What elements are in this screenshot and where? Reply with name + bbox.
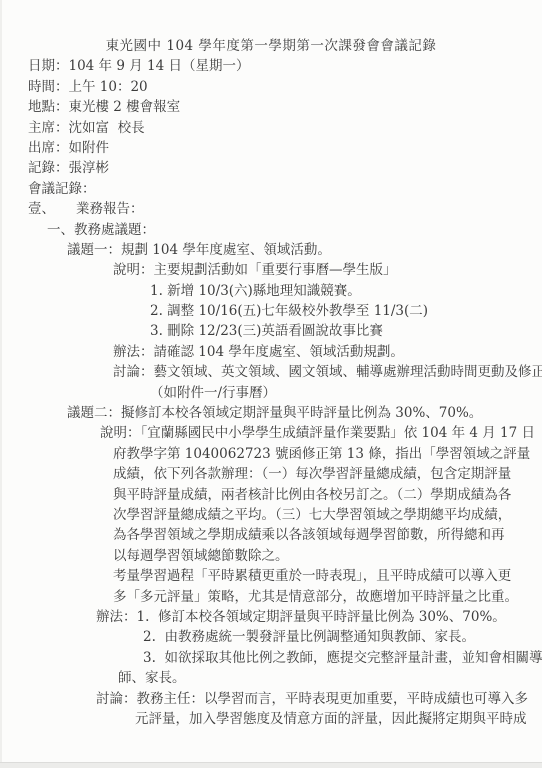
meta-chair: 主席：沈如富 校長: [0, 118, 542, 138]
section-1-heading: 壹、業務報告：: [0, 199, 542, 219]
topic-2-explain-line-9: 多「多元評量」策略，尤其是情意部分，故應增加平時評量之比重。: [0, 587, 542, 607]
topic-2-explain-line-5: 次學習評量總成績之平均。（三）七大學習領域之學期總平均成績，: [0, 505, 542, 525]
topic-2-discussion-line-2: 元評量，加入學習態度及情意方面的評量，因此擬將定期與平時成: [0, 709, 542, 729]
topic-2-title: 議題二：擬修訂本校各領域定期評量與平時評量比例為 30%、70%。: [0, 403, 542, 423]
meta-time: 時間：上午 10：20: [0, 77, 542, 97]
topic-2-explain-line-2: 府教學字第 1040062723 號函修正第 13 條，指出「學習領域之評量: [0, 444, 542, 464]
topic-1-method: 辦法：請確認 104 學年度處室、領域活動規劃。: [0, 342, 542, 362]
topic-1-item-3: 3. 刪除 12/23(三)英語看圖說故事比賽: [0, 321, 542, 341]
doc-title: 東光國中 104 學年度第一學期第一次課發會會議記錄: [0, 36, 542, 56]
topic-2-explain-line-7: 以每週學習領域總節數除之。: [0, 546, 542, 566]
topic-1-title: 議題一：規劃 104 學年度處室、領域活動。: [0, 240, 542, 260]
topic-2-explain-line-1: 說明：「宜蘭縣國民中小學學生成績評量作業要點」依 104 年 4 月 17 日: [0, 423, 542, 443]
topic-1-discussion: 討論：藝文領域、英文領域、國文領域、輔導處辦理活動時間更動及修正: [0, 362, 542, 382]
meta-location: 地點：東光樓 2 樓會報室: [0, 97, 542, 117]
topic-2-method-line-2: 2. 由教務處統一製發評量比例調整通知與教師、家長。: [0, 627, 542, 647]
topic-2-explain-line-4: 與平時評量成績，兩者核計比例由各校另訂之。（二）學期成績為各: [0, 485, 542, 505]
topic-2-discussion-line-1: 討論：教務主任：以學習而言，平時表現更加重要，平時成績也可導入多: [0, 689, 542, 709]
dept-issues-heading: 一、教務處議題：: [0, 220, 542, 240]
topic-2-explain-line-8: 考量學習過程「平時累積更重於一時表現」，且平時成績可以導入更: [0, 566, 542, 586]
scanned-meeting-minutes-page: 東光國中 104 學年度第一學期第一次課發會會議記錄 日期：104 年 9 月 …: [0, 0, 542, 768]
topic-1-item-1: 1. 新增 10/3(六)縣地理知識競賽。: [0, 281, 542, 301]
topic-2-method-line-1: 辦法：1. 修訂本校各領域定期評量與平時評量比例為 30%、70%。: [0, 607, 542, 627]
topic-2-explain-line-3: 成績，依下列各款辦理：（一）每次學習評量總成績，包含定期評量: [0, 464, 542, 484]
meta-date: 日期：104 年 9 月 14 日（星期一）: [0, 56, 542, 76]
topic-1-item-2: 2. 調整 10/16(五)七年級校外教學至 11/3(二): [0, 301, 542, 321]
topic-2-method-line-4: 師、家長。: [0, 668, 542, 688]
meta-attendance: 出席：如附件: [0, 138, 542, 158]
minutes-label: 會議記錄：: [0, 179, 542, 199]
scan-bottom-edge: [0, 762, 542, 768]
topic-2-method-line-3: 3. 如欲採取其他比例之教師，應提交完整評量計畫，並知會相關導: [0, 648, 542, 668]
meta-recorder: 記錄：張淳彬: [0, 158, 542, 178]
section-1-title: 業務報告：: [76, 201, 144, 217]
topic-1-discussion-cont: （如附件一/行事曆）: [0, 383, 542, 403]
document-content: 東光國中 104 學年度第一學期第一次課發會會議記錄 日期：104 年 9 月 …: [0, 36, 542, 729]
topic-2-explain-line-6: 為各學習領域之學期成績乘以各該領域每週學習節數，所得總和再: [0, 525, 542, 545]
section-1-number: 壹、: [28, 201, 55, 217]
topic-1-explain: 說明：主要規劃活動如「重要行事曆—學生版」: [0, 260, 542, 280]
